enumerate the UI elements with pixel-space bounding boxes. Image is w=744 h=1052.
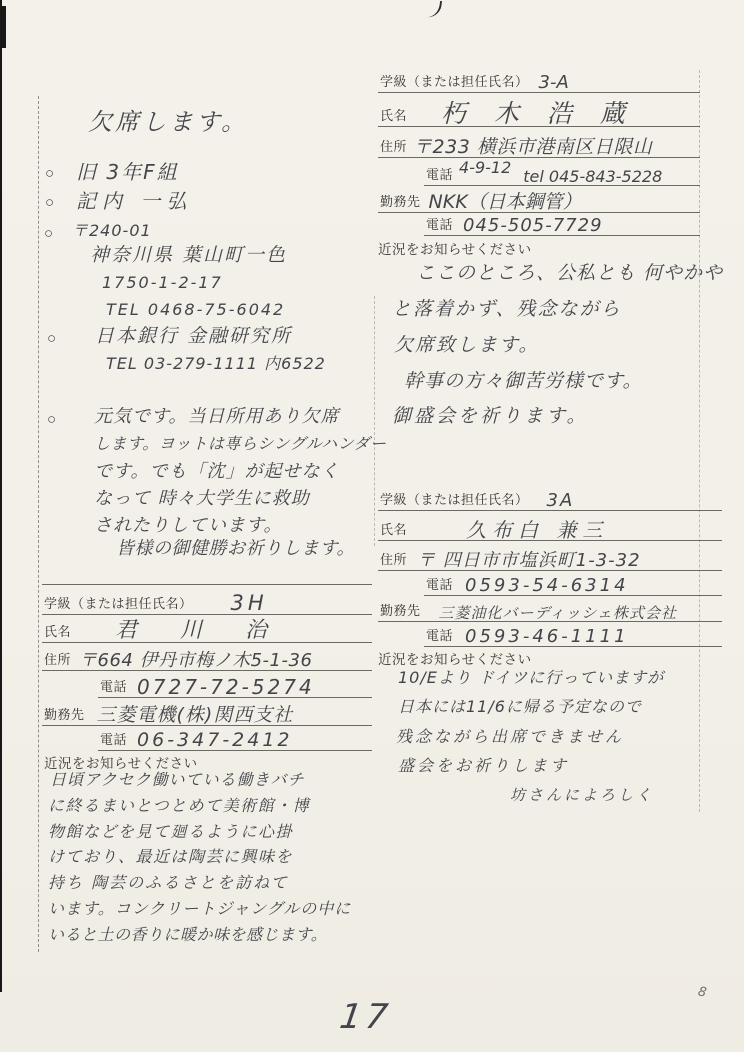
phone-label: 電話 <box>424 574 457 595</box>
scan-edge-line <box>0 0 2 992</box>
work-row: 勤務先 NKK（日本鋼管） <box>378 185 700 213</box>
phone-value: 0727-72-5274 <box>137 677 315 697</box>
message-line: 日本には11/6に帰る予定なので <box>398 699 642 715</box>
phone-row: 電話 4-9-12 tel 045-843-5228 <box>424 157 700 186</box>
left-dashed-rule <box>38 96 39 952</box>
note-line: 〒240-01 <box>72 223 152 239</box>
name-row: 氏名 朽 木 浩 蔵 <box>378 92 700 127</box>
address-value: 〒233 横浜市港南区日限山 <box>413 138 652 157</box>
note-line: します。ヨットは専らシングルハンダー <box>94 436 386 452</box>
work-value: NKK（日本鋼管） <box>429 193 582 212</box>
name-row: 氏名 久布白 兼三 <box>378 510 722 541</box>
name-label: 氏名 <box>378 519 411 540</box>
class-row: 学級（または担任氏名） 3A <box>378 484 722 511</box>
phone-value: 0593-54-6314 <box>465 577 629 595</box>
address-label: 住所 <box>42 649 75 670</box>
address2-value: 4-9-12 <box>459 160 511 176</box>
message-line: 10/Eより ドイツに行っていますが <box>398 670 664 686</box>
note-line: 元気です。当日所用あり欠席 <box>94 408 340 426</box>
name-value: 久布白 兼三 <box>466 520 608 540</box>
class-value: 3H <box>231 593 268 614</box>
address-row: 住所 〒664 伊丹市梅ノ木5-1-36 <box>42 642 372 671</box>
news-prompt: 近況をお知らせください <box>44 752 198 772</box>
message-line: いると土の香りに暖か味を感じます。 <box>48 927 327 943</box>
address-row: 住所 〒233 横浜市港南区日限山 <box>378 126 700 158</box>
address-row: 住所 〒 四日市市塩浜町1-3-32 <box>378 540 722 571</box>
news-prompt: 近況をお知らせください <box>378 648 532 668</box>
note-title: 欠席します。 <box>88 110 248 134</box>
class-row: 学級（または担任氏名） 3H <box>42 584 372 615</box>
name-value: 君 川 治 <box>115 620 285 642</box>
class-row: 学級（または担任氏名） 3-A <box>378 68 700 93</box>
work-label: 勤務先 <box>42 704 89 725</box>
message-line: に終るまいとつとめて美術館・博 <box>48 798 310 814</box>
message-line: 幹事の方々御苦労様です。 <box>404 372 642 391</box>
work-phone-value: 045-505-7729 <box>463 217 603 235</box>
message-line: 御盛会を祈ります。 <box>392 407 588 426</box>
note-line: 皆様の御健勝お祈りします。 <box>116 540 355 558</box>
message-line: けており、最近は陶芸に興味を <box>48 849 293 865</box>
center-dashed-rule <box>374 296 375 546</box>
work-label: 勤務先 <box>378 600 425 621</box>
message-line: 坊さんによろしく <box>510 788 654 803</box>
note-line: されたりしています。 <box>94 517 283 535</box>
phone-row: 電話 0593-54-6314 <box>424 570 722 596</box>
message-line: ここのところ、公私とも 何やかや <box>416 264 723 283</box>
class-label: 学級（または担任氏名） <box>378 489 533 510</box>
work-label: 勤務先 <box>378 191 425 212</box>
note-line: 日本銀行 金融研究所 <box>95 327 292 346</box>
note-line: なって 時々大学生に救助 <box>94 490 310 508</box>
bullet-circle-icon: ○ <box>45 195 54 210</box>
class-value: 3A <box>547 492 575 510</box>
address-value: 〒664 伊丹市梅ノ木5-1-36 <box>79 652 312 670</box>
address-label: 住所 <box>378 549 411 570</box>
message-line: 物館などを見て廻るように心掛 <box>48 824 293 840</box>
bullet-circle-icon: ○ <box>44 226 53 241</box>
note-line: 旧 3年F組 <box>76 162 179 182</box>
work-value: 三菱電機(株)関西支社 <box>97 706 294 725</box>
name-row: 氏名 君 川 治 <box>42 613 372 643</box>
work-phone-value: 0593-46-1111 <box>465 628 629 646</box>
address-label: 住所 <box>378 136 411 157</box>
note-line: TEL 0468-75-6042 <box>106 302 285 318</box>
message-line: 日頃アクセク働いている働きバチ <box>50 772 305 788</box>
work-row: 勤務先 三菱油化バーディッシェ株式会社 <box>378 595 722 622</box>
work-phone-row: 電話 06-347-2412 <box>98 725 372 751</box>
message-line: 盛会をお祈りします <box>398 758 569 774</box>
note-line: TEL 03-279-1111 内6522 <box>106 356 326 372</box>
note-line: です。でも「沈」が起せなく <box>94 463 340 481</box>
name-value: 朽 木 浩 蔵 <box>441 101 635 126</box>
work-phone-row: 電話 045-505-7729 <box>424 212 700 236</box>
class-label: 学級（または担任氏名） <box>378 71 533 92</box>
phone-label: 電話 <box>98 729 131 750</box>
phone-label: 電話 <box>424 625 457 646</box>
bullet-circle-icon: ○ <box>45 166 54 181</box>
address-value: 〒 四日市市塩浜町1-3-32 <box>417 552 641 570</box>
phone-label: 電話 <box>424 214 457 235</box>
message-line: と落着かず、残念ながら <box>392 300 621 319</box>
work-value: 三菱油化バーディッシェ株式会社 <box>439 606 678 621</box>
work-phone-row: 電話 0593-46-1111 <box>424 621 722 647</box>
work-phone-value: 06-347-2412 <box>137 731 293 750</box>
phone-label: 電話 <box>98 676 131 697</box>
message-line: 欠席致します。 <box>394 336 539 355</box>
class-label: 学級（または担任氏名） <box>42 593 197 614</box>
note-line: 神奈川県 葉山町一色 <box>90 246 287 265</box>
scanned-document-page: 欠席します。 ○ ○ ○ ○ ○ 旧 3年F組 記内 一弘 〒240-01 神奈… <box>0 0 744 1052</box>
class-value: 3-A <box>539 74 569 92</box>
phone-label: 電話 <box>424 164 457 185</box>
news-prompt: 近況をお知らせください <box>378 238 532 258</box>
phone-row: 電話 0727-72-5274 <box>98 670 372 698</box>
note-line: 記内 一弘 <box>76 191 192 211</box>
message-line: 持ち 陶芸のふるさとを訪ねて <box>48 875 289 891</box>
scan-hook-artifact <box>425 0 442 19</box>
page-number: 17 <box>338 1000 394 1034</box>
phone-value: tel 045-843-5228 <box>523 169 662 185</box>
scan-edge-mark <box>1 6 6 48</box>
message-line: います。コンクリートジャングルの中に <box>48 901 351 917</box>
name-label: 氏名 <box>42 621 75 642</box>
corner-mark: 8 <box>697 985 708 999</box>
work-row: 勤務先 三菱電機(株)関西支社 <box>42 697 372 726</box>
name-label: 氏名 <box>378 105 411 126</box>
bullet-circle-icon: ○ <box>47 331 56 346</box>
note-line: 1750-1-2-17 <box>102 275 223 291</box>
message-line: 残念ながら出席できません <box>396 729 624 745</box>
bullet-circle-icon: ○ <box>47 412 56 427</box>
